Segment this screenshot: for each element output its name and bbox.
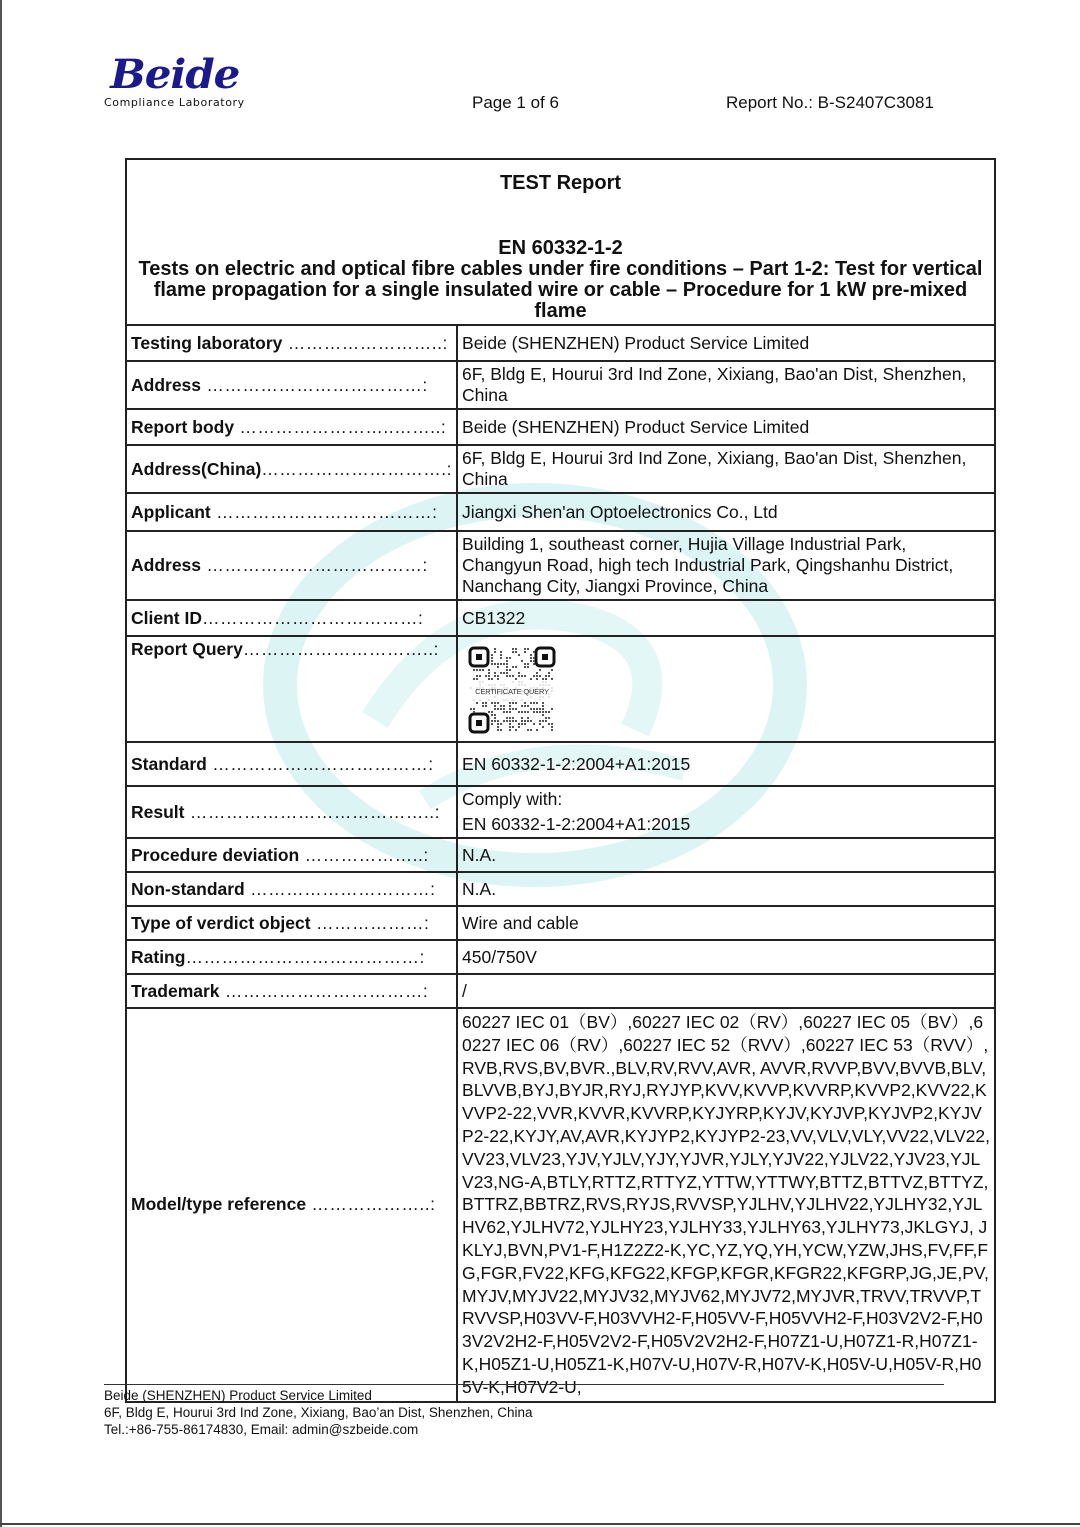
- label-text: Standard: [131, 754, 207, 774]
- field-label-trademark: Trademark ……………………………:: [127, 974, 457, 1008]
- label-text: Report body: [131, 417, 234, 437]
- field-value-type-of-verdict-object: Wire and cable: [457, 906, 994, 940]
- field-value-address-china: 6F, Bldg E, Hourui 3rd Ind Zone, Xixiang…: [457, 445, 994, 493]
- value-text: Beide (SHENZHEN) Product Service Limited: [462, 417, 990, 438]
- label-text: Report Query: [131, 639, 243, 659]
- field-value-trademark: /: [457, 974, 994, 1008]
- label-text: Address: [131, 375, 201, 395]
- field-value-standard: EN 60332-1-2:2004+A1:2015: [457, 742, 994, 786]
- footer-address: 6F, Bldg E, Hourui 3rd Ind Zone, Xixiang…: [104, 1404, 533, 1421]
- label-text: Result: [131, 802, 184, 822]
- label-text: Address(China): [131, 459, 261, 479]
- leader-dots: ………………………………:: [211, 502, 438, 522]
- table-row: Trademark ……………………………:/: [127, 974, 994, 1008]
- standard-title: EN 60332-1-2: [127, 238, 994, 259]
- table-row: Standard ………………………………:EN 60332-1-2:2004+…: [127, 742, 994, 786]
- label-text: Model/type reference: [131, 1194, 306, 1214]
- footer-company: Beide (SHENZHEN) Product Service Limited: [104, 1387, 533, 1404]
- leader-dots: ………………………………:: [201, 375, 428, 395]
- footer-divider: [104, 1384, 944, 1385]
- field-value-report-body: Beide (SHENZHEN) Product Service Limited: [457, 409, 994, 445]
- table-row: Client ID………………………………:CB1322: [127, 600, 994, 636]
- field-label-report-query: Report Query…………………………..:: [127, 636, 457, 742]
- leader-dots: ………………:: [311, 913, 430, 933]
- table-row: Type of verdict object ………………:Wire and c…: [127, 906, 994, 940]
- field-value-non-standard: N.A.: [457, 872, 994, 906]
- leader-dots: ………………..:: [299, 845, 428, 865]
- table-row: Report Query…………………………..: CERTIFICATE QU…: [127, 636, 994, 742]
- field-value-result: Comply with:EN 60332-1-2:2004+A1:2015: [457, 786, 994, 838]
- logo-wordmark: Beide: [104, 55, 283, 95]
- company-logo: Beide Compliance Laboratory: [104, 55, 274, 109]
- leader-dots: ………………..:: [306, 1194, 435, 1214]
- table-row: Report body ……………………..……..:Beide (SHENZH…: [127, 409, 994, 445]
- label-text: Non-standard: [131, 879, 245, 899]
- model-list: 60227 IEC 01（BV）,60227 IEC 02（RV）,60227 …: [462, 1011, 990, 1399]
- field-value-client-id: CB1322: [457, 600, 994, 636]
- value-text: 450/750V: [462, 947, 990, 968]
- field-label-rating: Rating…………………………………:: [127, 940, 457, 974]
- page-edge: [0, 0, 2, 1527]
- qr-caption: CERTIFICATE QUERY: [468, 681, 556, 702]
- field-value-rating: 450/750V: [457, 940, 994, 974]
- field-label-address: Address ………………………………:: [127, 531, 457, 600]
- label-text: Client ID: [131, 608, 202, 628]
- field-label-model-type-reference: Model/type reference ………………..:: [127, 1008, 457, 1401]
- label-text: Trademark: [131, 981, 220, 1001]
- field-label-result: Result …………………………………..:: [127, 786, 457, 838]
- table-row: Address(China)………………………….:6F, Bldg E, Ho…: [127, 445, 994, 493]
- value-text: Jiangxi Shen'an Optoelectronics Co., Ltd: [462, 502, 990, 523]
- label-text: Procedure deviation: [131, 845, 299, 865]
- table-row: Address ………………………………:6F, Bldg E, Hourui …: [127, 361, 994, 409]
- field-value-procedure-deviation: N.A.: [457, 838, 994, 872]
- field-label-address-china: Address(China)………………………….:: [127, 445, 457, 493]
- table-row: Procedure deviation ………………..:N.A.: [127, 838, 994, 872]
- label-text: Applicant: [131, 502, 211, 522]
- page-indicator: Page 1 of 6: [472, 93, 559, 113]
- table-row: Testing laboratory ……………………..:Beide (SHE…: [127, 325, 994, 361]
- field-value-address: 6F, Bldg E, Hourui 3rd Ind Zone, Xixiang…: [457, 361, 994, 409]
- label-text: Address: [131, 555, 201, 575]
- leader-dots: ………………………………:: [207, 754, 434, 774]
- value-text: N.A.: [462, 845, 990, 866]
- value-text-2: EN 60332-1-2:2004+A1:2015: [462, 814, 990, 835]
- report-title: TEST Report: [127, 172, 994, 238]
- field-label-report-body: Report body ……………………..……..:: [127, 409, 457, 445]
- field-label-standard: Standard ………………………………:: [127, 742, 457, 786]
- field-label-applicant: Applicant ………………………………:: [127, 493, 457, 531]
- page-edge: [0, 1523, 1080, 1525]
- table-row: Rating…………………………………:450/750V: [127, 940, 994, 974]
- report-table: TEST Report EN 60332-1-2 Tests on electr…: [125, 158, 996, 1403]
- title-block: TEST Report EN 60332-1-2 Tests on electr…: [127, 160, 994, 324]
- field-value-model-type-reference: 60227 IEC 01（BV）,60227 IEC 02（RV）,60227 …: [457, 1008, 994, 1401]
- field-label-non-standard: Non-standard …………………………:: [127, 872, 457, 906]
- leader-dots: …………………………:: [245, 879, 436, 899]
- value-text: 6F, Bldg E, Hourui 3rd Ind Zone, Xixiang…: [462, 448, 990, 490]
- field-value-applicant: Jiangxi Shen'an Optoelectronics Co., Ltd: [457, 493, 994, 531]
- table-row: Address ………………………………:Building 1, southea…: [127, 531, 994, 600]
- footer-contact: Tel.:+86-755-86174830, Email: admin@szbe…: [104, 1421, 533, 1438]
- standard-description: Tests on electric and optical fibre cabl…: [127, 259, 994, 324]
- leader-dots: ………………………………:: [201, 555, 428, 575]
- label-text: Type of verdict object: [131, 913, 311, 933]
- value-text: 6F, Bldg E, Hourui 3rd Ind Zone, Xixiang…: [462, 364, 990, 406]
- label-text: Rating: [131, 947, 185, 967]
- footer: Beide (SHENZHEN) Product Service Limited…: [104, 1387, 533, 1438]
- field-value-testing-laboratory: Beide (SHENZHEN) Product Service Limited: [457, 325, 994, 361]
- field-label-testing-laboratory: Testing laboratory ……………………..:: [127, 325, 457, 361]
- value-text: N.A.: [462, 879, 990, 900]
- report-fields: Testing laboratory ……………………..:Beide (SHE…: [127, 324, 994, 1401]
- qr-code-icon[interactable]: CERTIFICATE QUERY: [468, 646, 556, 734]
- table-row: Model/type reference ………………..:60227 IEC …: [127, 1008, 994, 1401]
- leader-dots: ……………………..:: [282, 333, 447, 353]
- value-text: CB1322: [462, 608, 990, 629]
- leader-dots: ………………………………:: [202, 608, 423, 628]
- table-row: Non-standard …………………………:N.A.: [127, 872, 994, 906]
- value-text: Comply with:: [462, 789, 990, 810]
- value-text: Wire and cable: [462, 913, 990, 934]
- field-value-report-query: CERTIFICATE QUERY: [457, 636, 994, 742]
- table-row: Result …………………………………..:Comply with:EN 60…: [127, 786, 994, 838]
- value-text: Beide (SHENZHEN) Product Service Limited: [462, 333, 990, 354]
- value-text: Building 1, southeast corner, Hujia Vill…: [462, 534, 990, 597]
- leader-dots: ………………………….:: [261, 459, 452, 479]
- label-text: Testing laboratory: [131, 333, 282, 353]
- field-label-address: Address ………………………………:: [127, 361, 457, 409]
- leader-dots: …………………………………..:: [184, 802, 439, 822]
- value-text: EN 60332-1-2:2004+A1:2015: [462, 754, 990, 775]
- leader-dots: ……………………………:: [220, 981, 429, 1001]
- field-label-type-of-verdict-object: Type of verdict object ………………:: [127, 906, 457, 940]
- field-label-client-id: Client ID………………………………:: [127, 600, 457, 636]
- leader-dots: …………………………..:: [243, 639, 439, 659]
- value-text: /: [462, 981, 990, 1002]
- leader-dots: ……………………..……..:: [234, 417, 446, 437]
- report-number: Report No.: B-S2407C3081: [726, 93, 934, 113]
- leader-dots: …………………………………:: [185, 947, 424, 967]
- field-value-address: Building 1, southeast corner, Hujia Vill…: [457, 531, 994, 600]
- field-label-procedure-deviation: Procedure deviation ………………..:: [127, 838, 457, 872]
- table-row: Applicant ………………………………:Jiangxi Shen'an O…: [127, 493, 994, 531]
